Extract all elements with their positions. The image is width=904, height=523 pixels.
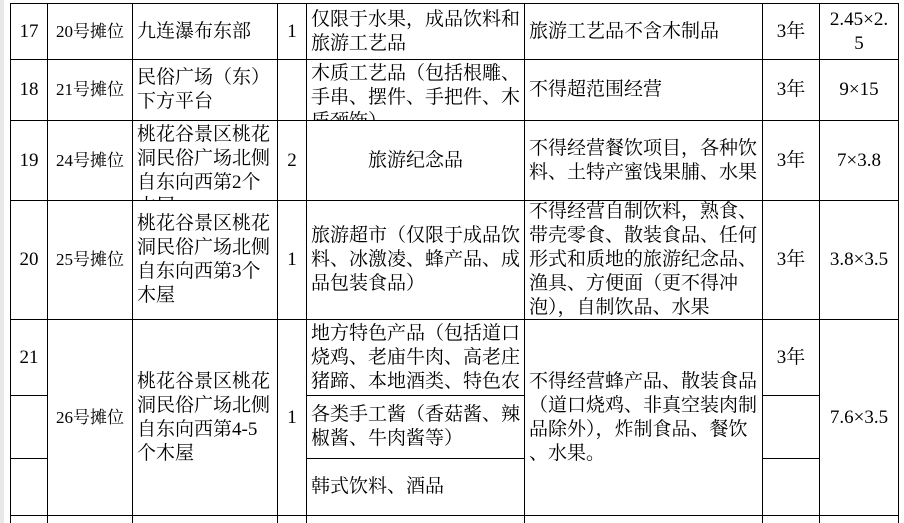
- cell-row17-location[interactable]: 九连瀑布东部: [133, 4, 278, 60]
- cell-row19-qty[interactable]: 2: [278, 121, 307, 201]
- cell-row21-scope-a[interactable]: 地方特色产品（包括道口 烧鸡、老庙牛肉、高老庄 猪蹄、本地酒类、特色农: [307, 320, 525, 396]
- cell-row20-stall[interactable]: 25号摊位: [48, 201, 133, 320]
- cell-row20-size[interactable]: 3.8×3.5: [820, 201, 899, 320]
- cell-row21-stall[interactable]: 26号摊位: [48, 320, 133, 516]
- cell-row20-index[interactable]: 20: [11, 201, 48, 320]
- cell-next-row-index[interactable]: [11, 516, 48, 523]
- cell-row20-location[interactable]: 桃花谷景区桃花 洞民俗广场北侧 自东向西第3个 木屋: [133, 201, 278, 320]
- page-left-gutter: [0, 0, 4, 523]
- cell-row18-term[interactable]: 3年: [763, 60, 820, 121]
- cell-row21-index[interactable]: 21: [11, 320, 48, 396]
- cell-next-row-location[interactable]: [133, 516, 278, 523]
- cell-row21-qty[interactable]: 1: [278, 320, 307, 516]
- cell-row21-size[interactable]: 7.6×3.5: [820, 320, 899, 516]
- cell-row19-index[interactable]: 19: [11, 121, 48, 201]
- cell-row21-index-sub2[interactable]: [11, 459, 48, 516]
- cell-row18-restriction[interactable]: 不得超范围经营: [525, 60, 763, 121]
- cell-row21-scope-b[interactable]: 各类手工酱（香菇酱、辣 椒酱、牛肉酱等）: [307, 396, 525, 459]
- cell-row21-scope-c[interactable]: 韩式饮料、酒品: [307, 459, 525, 516]
- cell-next-row-stall[interactable]: [48, 516, 133, 523]
- cell-row21-term-sub2[interactable]: [763, 459, 820, 516]
- stall-lease-table: 17 20号摊位 九连瀑布东部 1 仅限于水果，成品饮料和 旅游工艺品 旅游工艺…: [10, 3, 899, 523]
- cell-row20-term[interactable]: 3年: [763, 201, 820, 320]
- cell-row17-size[interactable]: 2.45×2. 5: [820, 4, 899, 60]
- cell-row18-scope[interactable]: 木质工艺品（包括根雕、 手串、摆件、手把件、木 质颈饰）: [307, 60, 525, 121]
- cell-row20-scope[interactable]: 旅游超市（仅限于成品饮 料、冰激凌、蜂产品、成 品包装食品）: [307, 201, 525, 320]
- cell-row21-location[interactable]: 桃花谷景区桃花 洞民俗广场北侧 自东向西第4-5 个木屋: [133, 320, 278, 516]
- cell-next-row-scope[interactable]: [307, 516, 525, 523]
- cell-row21-term-sub1[interactable]: [763, 396, 820, 459]
- cell-row17-scope[interactable]: 仅限于水果，成品饮料和 旅游工艺品: [307, 4, 525, 60]
- cell-next-row-size[interactable]: [820, 516, 899, 523]
- cell-next-row-term[interactable]: [763, 516, 820, 523]
- cell-row19-restriction[interactable]: 不得经营餐饮项目，各种饮 料、土特产蜜饯果脯、水果: [525, 121, 763, 201]
- cell-row17-qty[interactable]: 1: [278, 4, 307, 60]
- cell-row18-location[interactable]: 民俗广场（东） 下方平台: [133, 60, 278, 121]
- cell-row19-size[interactable]: 7×3.8: [820, 121, 899, 201]
- cell-row19-scope[interactable]: 旅游纪念品: [307, 121, 525, 201]
- cell-row17-term[interactable]: 3年: [763, 4, 820, 60]
- cell-row21-term[interactable]: 3年: [763, 320, 820, 396]
- cell-row17-restriction[interactable]: 旅游工艺品不含木制品: [525, 4, 763, 60]
- cell-row19-stall[interactable]: 24号摊位: [48, 121, 133, 201]
- cell-row20-restriction[interactable]: 不得经营自制饮料，熟食、 带壳零食、散装食品、任何 形式和质地的旅游纪念品、 渔…: [525, 201, 763, 320]
- cell-row18-stall[interactable]: 21号摊位: [48, 60, 133, 121]
- cell-next-row-qty[interactable]: [278, 516, 307, 523]
- cell-row19-location[interactable]: 桃花谷景区桃花 洞民俗广场北侧 自东向西第2个 木屋: [133, 121, 278, 201]
- cell-row17-stall[interactable]: 20号摊位: [48, 4, 133, 60]
- cell-row18-index[interactable]: 18: [11, 60, 48, 121]
- cell-row18-qty[interactable]: [278, 60, 307, 121]
- cell-row18-size[interactable]: 9×15: [820, 60, 899, 121]
- cell-row17-index[interactable]: 17: [11, 4, 48, 60]
- cell-row20-qty[interactable]: 1: [278, 201, 307, 320]
- cell-next-row-restriction[interactable]: [525, 516, 763, 523]
- cell-row21-index-sub1[interactable]: [11, 396, 48, 459]
- cell-row19-term[interactable]: 3年: [763, 121, 820, 201]
- cell-row21-restriction[interactable]: 不得经营蜂产品、散装食品 （道口烧鸡、非真空装肉制 品除外），炸制食品、餐饮 、…: [525, 320, 763, 516]
